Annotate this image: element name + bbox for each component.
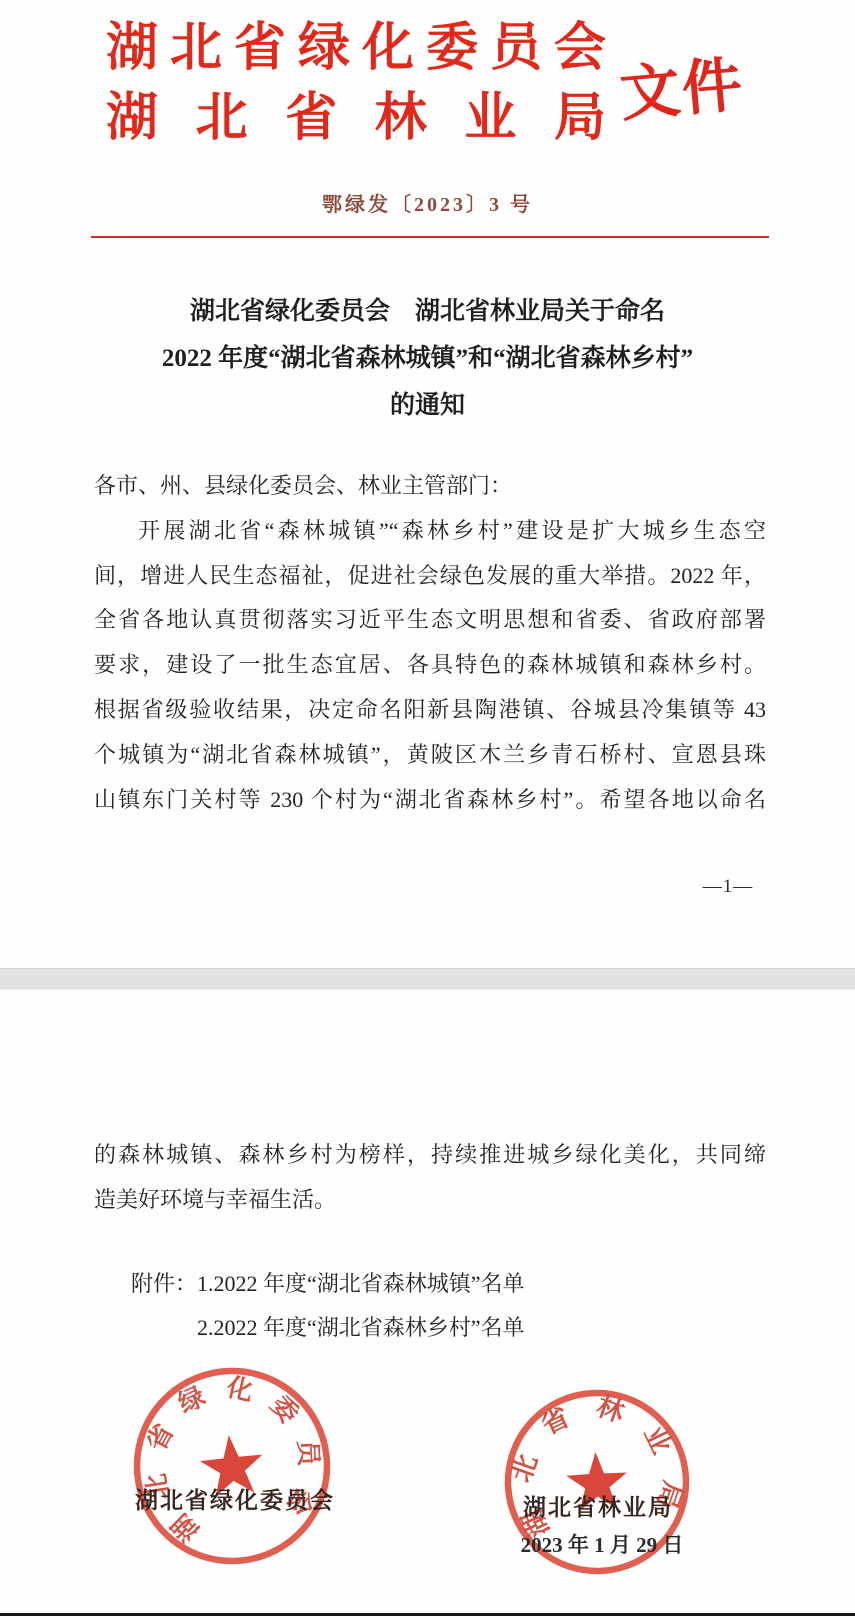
document-type-label: 文件 bbox=[618, 55, 747, 126]
attachment-label: 附件： bbox=[131, 1262, 197, 1306]
paragraph-line: 山镇东门关村等 230 个村为“湖北省森林乡村”。希望各地以命名 bbox=[94, 778, 766, 823]
paragraph-line: 个城镇为“湖北省森林城镇”，黄陂区木兰乡青石桥村、宣恩县珠 bbox=[94, 733, 766, 778]
agency-name-line-2: 湖北省林业局 bbox=[106, 84, 606, 154]
letterhead-agency-names: 湖北省绿化委员会 湖北省林业局 bbox=[106, 14, 606, 154]
attachment-item-2: 2.2022 年度“湖北省森林乡村”名单 bbox=[197, 1306, 525, 1350]
paragraph-line: 间，增进人民生态福祉，促进社会绿色发展的重大举措。2022 年， bbox=[94, 554, 766, 599]
seal-graphic: 湖北省绿化委员会 bbox=[118, 1352, 347, 1581]
notice-title-line-3: 的通知 bbox=[60, 382, 795, 429]
page-number: —1— bbox=[683, 876, 773, 898]
notice-title: 湖北省绿化委员会 湖北省林业局关于命名 2022 年度“湖北省森林城镇”和“湖北… bbox=[60, 288, 795, 429]
agency-signature-right: 湖北省林业局 bbox=[486, 1489, 710, 1522]
greening-committee-seal: 湖北省绿化委员会 bbox=[118, 1352, 347, 1581]
page-break-band bbox=[0, 968, 855, 990]
attachment-items: 1.2022 年度“湖北省森林城镇”名单 2.2022 年度“湖北省森林乡村”名… bbox=[197, 1262, 525, 1349]
paragraph-line: 的森林城镇、森林乡村为榜样，持续推进城乡绿化美化，共同缔 bbox=[94, 1133, 766, 1178]
issue-date: 2023 年 1 月 29 日 bbox=[492, 1529, 712, 1559]
body-text-page-2: 的森林城镇、森林乡村为榜样，持续推进城乡绿化美化，共同缔 造美好环境与幸福生活。 bbox=[94, 1133, 766, 1223]
notice-title-line-2: 2022 年度“湖北省森林城镇”和“湖北省森林乡村” bbox=[60, 335, 795, 382]
agency-name-line-1: 湖北省绿化委员会 bbox=[106, 14, 606, 84]
paragraph-line: 造美好环境与幸福生活。 bbox=[94, 1178, 766, 1223]
agency-signature-left: 湖北省绿化委员会 bbox=[106, 1482, 364, 1515]
salutation: 各市、州、县绿化委员会、林业主管部门： bbox=[94, 464, 766, 509]
document-number: 鄂绿发〔2023〕3 号 bbox=[0, 188, 855, 217]
paragraph-line: 全省各地认真贯彻落实习近平生态文明思想和省委、省政府部署 bbox=[94, 598, 766, 643]
body-text-page-1: 各市、州、县绿化委员会、林业主管部门： 开展湖北省“森林城镇”“森林乡村”建设是… bbox=[94, 464, 766, 822]
notice-title-line-1: 湖北省绿化委员会 湖北省林业局关于命名 bbox=[60, 288, 795, 335]
red-separator-rule bbox=[91, 236, 769, 238]
attachment-item-1: 1.2022 年度“湖北省森林城镇”名单 bbox=[197, 1262, 525, 1306]
bottom-page-edge bbox=[0, 1613, 855, 1616]
paragraph-line: 根据省级验收结果，决定命名阳新县陶港镇、谷城县冷集镇等 43 bbox=[94, 688, 766, 733]
paragraph-line: 要求，建设了一批生态宜居、各具特色的森林城镇和森林乡村。 bbox=[94, 643, 766, 688]
official-document-page: 湖北省绿化委员会 湖北省林业局 文件 鄂绿发〔2023〕3 号 湖北省绿化委员会… bbox=[0, 0, 855, 1618]
attachment-list: 附件： 1.2022 年度“湖北省森林城镇”名单 2.2022 年度“湖北省森林… bbox=[131, 1262, 525, 1349]
paragraph-line: 开展湖北省“森林城镇”“森林乡村”建设是扩大城乡生态空 bbox=[94, 509, 766, 554]
